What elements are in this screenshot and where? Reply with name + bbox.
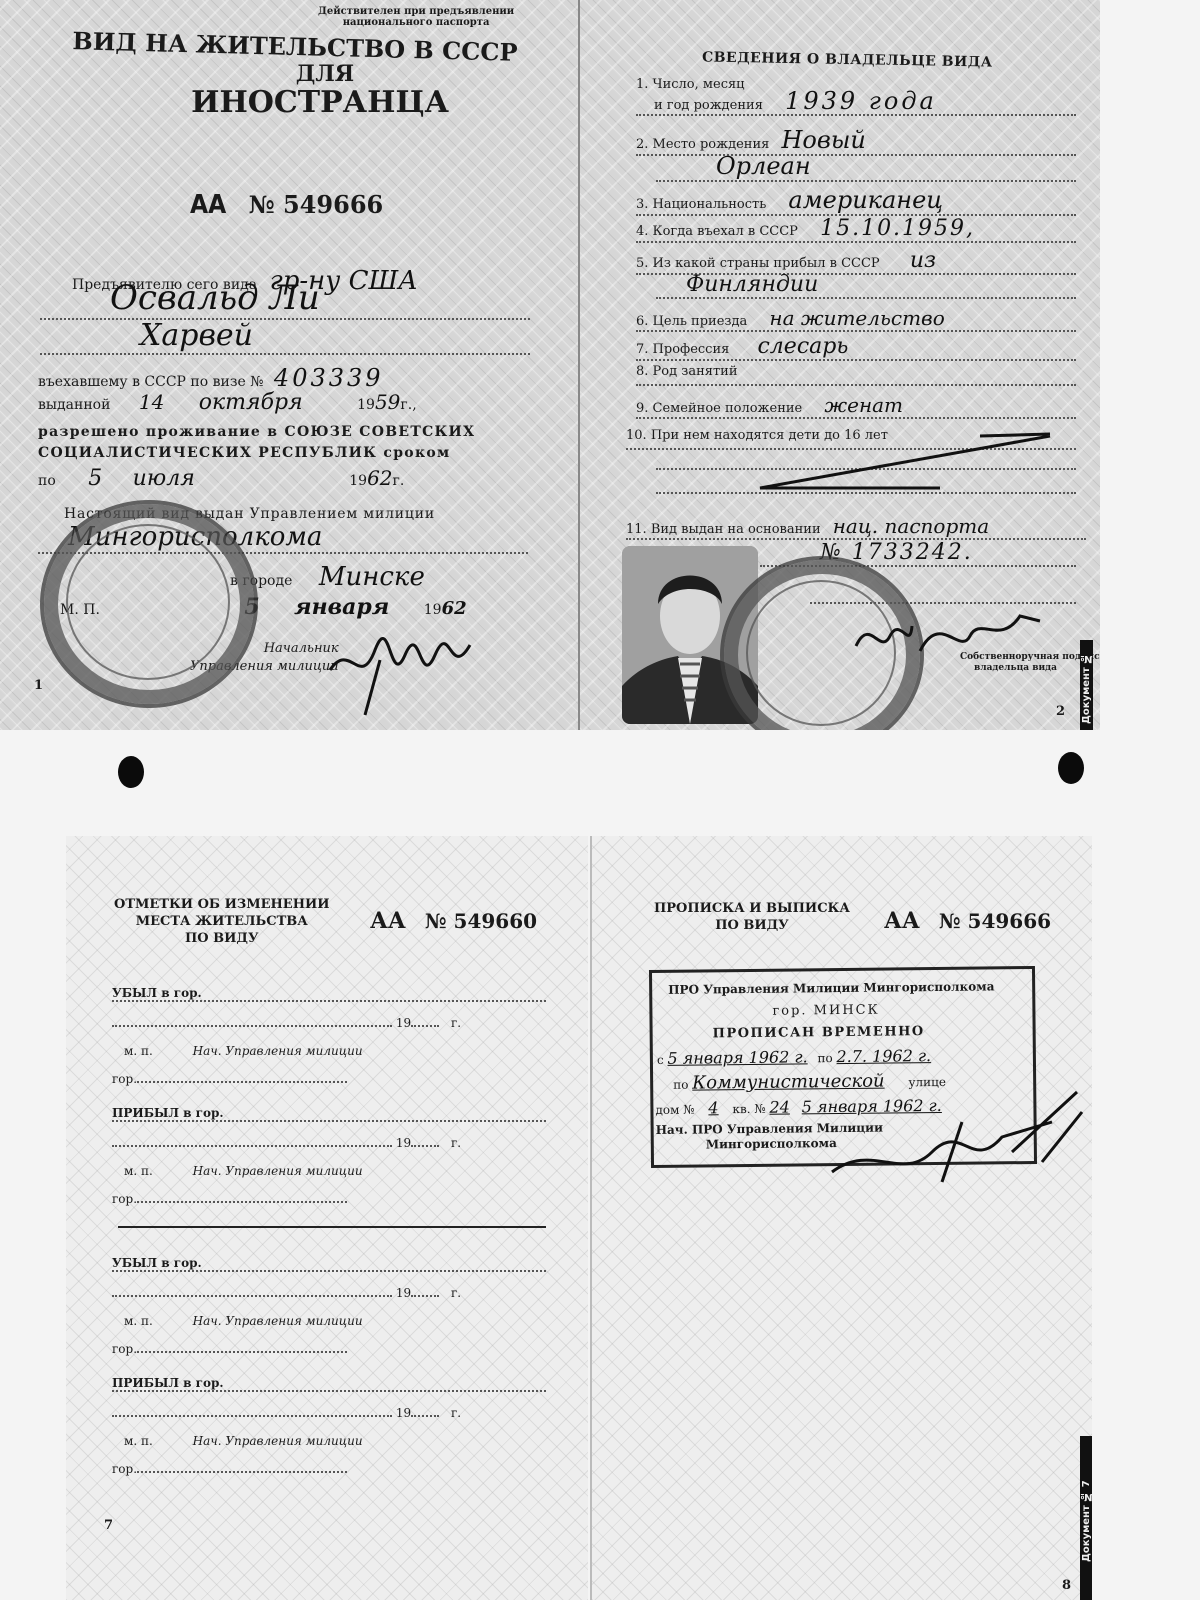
movement-title-label: ПРИБЫЛ в гор. bbox=[112, 1106, 224, 1120]
field-9-label: Семейное положение bbox=[653, 401, 803, 416]
movement-block-title: ПРИБЫЛ в гор. bbox=[112, 1376, 546, 1392]
field-5-label: Из какой страны прибыл в СССР bbox=[653, 256, 880, 271]
visa-issued-month: октября bbox=[199, 390, 303, 415]
movement-date-row: 19 г. bbox=[112, 1136, 492, 1150]
stamp-apt-label: кв. № bbox=[732, 1102, 765, 1116]
date-blank bbox=[112, 1025, 392, 1027]
registration-heading: ПРОПИСКА И ВЫПИСКА ПО ВИДУ bbox=[654, 900, 850, 934]
movement-chief-row: м. п. Нач. Управления милиции bbox=[124, 1434, 363, 1448]
field-8-label: Род занятий bbox=[653, 364, 738, 379]
validity-note-line2: национального паспорта bbox=[318, 17, 514, 28]
issue-date-year-suffix: 62 bbox=[442, 598, 467, 619]
stamp-to-label: по bbox=[817, 1051, 832, 1065]
residence-permit-page-8: ПРОПИСКА И ВЫПИСКА ПО ВИДУ АА № 549666 П… bbox=[590, 836, 1092, 1600]
document-side-label: Документ № bbox=[1080, 640, 1093, 730]
city-blank bbox=[137, 1471, 347, 1473]
movement-title-label: УБЫЛ в гор. bbox=[112, 1256, 202, 1270]
name-line1: Освальд Ли bbox=[40, 278, 530, 320]
field-8-num: 8. bbox=[636, 364, 648, 379]
city-blank bbox=[137, 1081, 347, 1083]
section-divider bbox=[118, 1226, 546, 1228]
year-suffix: г. bbox=[451, 1406, 461, 1420]
field-2-value2: Орлеан bbox=[656, 152, 1076, 182]
residence-permit-page-1: Действителен при предъявлении национальн… bbox=[0, 0, 588, 730]
seal-label: м. п. bbox=[124, 1044, 153, 1058]
police-seal-stamp bbox=[40, 500, 258, 708]
year-blank bbox=[411, 1025, 439, 1027]
field-10-num: 10. bbox=[626, 428, 647, 443]
stamp-to-value: 2.7. 1962 г. bbox=[836, 1046, 931, 1066]
number-sign: № bbox=[939, 909, 961, 933]
visa-number: 403339 bbox=[274, 364, 384, 392]
visa-row: въехавшему в СССР по визе № 403339 bbox=[38, 364, 528, 392]
field-5-value: из bbox=[910, 248, 936, 273]
movement-date-row: 19 г. bbox=[112, 1016, 492, 1030]
movement-date-row: 19 г. bbox=[112, 1286, 492, 1300]
visa-issued-row: выданной 14 октября 1959г., bbox=[38, 390, 528, 415]
field-occupation: 8. Род занятий bbox=[636, 364, 1076, 386]
heading-line2: ПО ВИДУ bbox=[654, 917, 850, 934]
stamp-house-label: дом № bbox=[655, 1103, 694, 1117]
number-value: 549660 bbox=[454, 909, 538, 933]
visa-issued-year-prefix: 19 bbox=[357, 397, 375, 413]
chief-label: Нач. Управления милиции bbox=[193, 1164, 363, 1178]
field-1-num: 1. bbox=[636, 77, 648, 92]
movement-city-row: гор. bbox=[112, 1192, 347, 1206]
owner-info-heading: СВЕДЕНИЯ О ВЛАДЕЛЬЦЕ ВИДА bbox=[702, 49, 993, 70]
city-label: гор. bbox=[112, 1072, 137, 1086]
field-7-value: слесарь bbox=[757, 334, 848, 359]
document-title: ВИД НА ЖИТЕЛЬСТВО В СССР ДЛЯ ИНОСТРАНЦА bbox=[70, 32, 520, 120]
series: АА bbox=[190, 190, 226, 220]
field-marital-status: 9. Семейное положение женат bbox=[636, 393, 1076, 419]
signature-caption-line2: владельца вида bbox=[960, 663, 1100, 674]
field-1-value: 1939 года bbox=[785, 87, 937, 115]
field-purpose: 6. Цель приезда на жительство bbox=[636, 306, 1076, 332]
page-number: 8 bbox=[1062, 1578, 1071, 1593]
stamp-street-label: по bbox=[673, 1078, 688, 1092]
permission-line1: разрешено проживание в СОЮЗЕ СОВЕТСКИХ bbox=[38, 424, 475, 440]
stamp-line2: гор. МИНСК bbox=[772, 1003, 879, 1019]
field-3-value: американец bbox=[788, 186, 943, 214]
signature-caption: Собственноручная подпись владельца вида bbox=[960, 652, 1100, 674]
number-sign: № bbox=[425, 909, 447, 933]
registration-signature-icon bbox=[812, 1082, 1092, 1192]
field-6-num: 6. bbox=[636, 314, 648, 329]
movement-title-label: ПРИБЫЛ в гор. bbox=[112, 1376, 224, 1390]
movement-block-title: УБЫЛ в гор. bbox=[112, 986, 546, 1002]
stamp-from-label: с bbox=[657, 1053, 664, 1067]
visa-issued-year-suffix: 59 bbox=[375, 390, 400, 414]
city-row: в городе Минске bbox=[230, 562, 425, 592]
validity-note: Действителен при предъявлении национальн… bbox=[318, 6, 514, 28]
heading-line1: ОТМЕТКИ ОБ ИЗМЕНЕНИИ bbox=[114, 896, 330, 913]
visa-issued-label: выданной bbox=[38, 397, 110, 413]
chief-label: Нач. Управления милиции bbox=[193, 1314, 363, 1328]
page-number: 1 bbox=[34, 678, 43, 693]
stamp-apt-value: 24 bbox=[769, 1098, 790, 1117]
chief-label: Нач. Управления милиции bbox=[193, 1044, 363, 1058]
number-value: 549666 bbox=[283, 190, 383, 219]
date-blank bbox=[112, 1295, 392, 1297]
field-entry-date: 4. Когда въехал в СССР 15.10.1959, bbox=[636, 216, 1076, 243]
field-7-label: Профессия bbox=[653, 342, 730, 357]
field-5-num: 5. bbox=[636, 256, 648, 271]
movement-chief-row: м. п. Нач. Управления милиции bbox=[124, 1164, 363, 1178]
name-line2: Харвей bbox=[40, 318, 530, 355]
movement-city-row: гор. bbox=[112, 1342, 347, 1356]
year-blank bbox=[411, 1145, 439, 1147]
heading-line1: ПРОПИСКА И ВЫПИСКА bbox=[654, 900, 850, 917]
until-year-prefix: 19 bbox=[349, 473, 367, 489]
field-11-label: Вид выдан на основании bbox=[651, 522, 821, 537]
visa-issued-suffix: г., bbox=[400, 397, 416, 413]
field-origin-country: 5. Из какой страны прибыл в СССР из bbox=[636, 248, 1076, 275]
stamp-from-value: 5 января 1962 г. bbox=[667, 1047, 807, 1067]
chief-label: Нач. Управления милиции bbox=[193, 1434, 363, 1448]
movement-block-title: УБЫЛ в гор. bbox=[112, 1256, 546, 1272]
field-birth-date: 1. Число, месяц и год рождения 1939 года bbox=[636, 76, 1076, 116]
heading-line2: МЕСТА ЖИТЕЛЬСТВА bbox=[114, 913, 330, 930]
punch-hole-left bbox=[118, 756, 144, 788]
field-11-num: 11. bbox=[626, 522, 647, 537]
field-3-num: 3. bbox=[636, 197, 648, 212]
field-4-label: Когда въехал в СССР bbox=[653, 224, 798, 239]
signature-caption-line1: Собственноручная подпись bbox=[960, 652, 1100, 663]
field-profession: 7. Профессия слесарь bbox=[636, 334, 1076, 361]
police-seal-inner-ring bbox=[66, 524, 230, 680]
movement-title-label: УБЫЛ в гор. bbox=[112, 986, 202, 1000]
until-month: июля bbox=[133, 466, 195, 491]
field-2-num: 2. bbox=[636, 137, 648, 152]
title-line3: ИНОСТРАНЦА bbox=[120, 85, 520, 120]
movement-date-row: 19 г. bbox=[112, 1406, 492, 1420]
series: АА bbox=[370, 908, 406, 934]
field-2-label: Место рождения bbox=[653, 137, 770, 152]
punch-hole-right bbox=[1058, 752, 1084, 784]
year-label: 19 bbox=[396, 1016, 411, 1030]
until-day: 5 bbox=[88, 466, 102, 491]
year-label: 19 bbox=[396, 1136, 411, 1150]
stamp-from-row: с 5 января 1962 г. по 2.7. 1962 г. bbox=[657, 1046, 931, 1068]
field-7-num: 7. bbox=[636, 342, 648, 357]
until-row: по 5 июля 1962г. bbox=[38, 466, 528, 491]
residence-permit-page-7: ОТМЕТКИ ОБ ИЗМЕНЕНИИ МЕСТА ЖИТЕЛЬСТВА ПО… bbox=[66, 836, 588, 1600]
field-2-value: Новый bbox=[781, 126, 865, 154]
field-issued-basis: 11. Вид выдан на основании нац. паспорта bbox=[626, 514, 1086, 540]
heading-line3: ПО ВИДУ bbox=[114, 930, 330, 947]
number-value: 549666 bbox=[968, 909, 1052, 933]
seal-label: м. п. bbox=[124, 1314, 153, 1328]
field-10-strike-icon bbox=[750, 426, 1070, 496]
year-suffix: г. bbox=[451, 1136, 461, 1150]
year-blank bbox=[411, 1295, 439, 1297]
number-sign: № bbox=[249, 190, 275, 219]
change-marks-heading: ОТМЕТКИ ОБ ИЗМЕНЕНИИ МЕСТА ЖИТЕЛЬСТВА ПО… bbox=[114, 896, 330, 947]
date-blank bbox=[112, 1415, 392, 1417]
field-4-num: 4. bbox=[636, 224, 648, 239]
until-suffix: г. bbox=[393, 473, 405, 489]
movement-chief-row: м. п. Нач. Управления милиции bbox=[124, 1044, 363, 1058]
movement-chief-row: м. п. Нач. Управления милиции bbox=[124, 1314, 363, 1328]
issue-date-month: января bbox=[294, 594, 389, 620]
field-6-label: Цель приезда bbox=[653, 314, 748, 329]
page-number: 2 bbox=[1056, 704, 1065, 719]
document-side-label: Документ № 7 bbox=[1080, 1436, 1092, 1600]
year-label: 19 bbox=[396, 1406, 411, 1420]
field-1-label: Число, месяц bbox=[653, 77, 745, 92]
movement-block-title: ПРИБЫЛ в гор. bbox=[112, 1106, 546, 1122]
series: АА bbox=[884, 908, 920, 934]
document-number: АА № 549666 bbox=[190, 190, 383, 220]
document-number: АА № 549666 bbox=[884, 908, 1051, 934]
field-1-label2: и год рождения bbox=[654, 98, 763, 113]
permission-line2: СОЦИАЛИСТИЧЕСКИХ РЕСПУБЛИК сроком bbox=[38, 445, 450, 461]
until-year-suffix: 62 bbox=[367, 466, 392, 490]
field-3-label: Национальность bbox=[653, 197, 767, 212]
year-label: 19 bbox=[396, 1286, 411, 1300]
chief-signature-icon bbox=[320, 620, 490, 720]
page-number: 7 bbox=[104, 1518, 113, 1533]
date-blank bbox=[112, 1145, 392, 1147]
residence-permit-page-2: СВЕДЕНИЯ О ВЛАДЕЛЬЦЕ ВИДА 1. Число, меся… bbox=[578, 0, 1100, 730]
visa-label: въехавшему в СССР по визе № bbox=[38, 374, 263, 390]
city-label: гор. bbox=[112, 1462, 137, 1476]
field-9-value: женат bbox=[824, 393, 903, 417]
seal-label: м. п. bbox=[124, 1434, 153, 1448]
city-label: гор. bbox=[112, 1342, 137, 1356]
until-label: по bbox=[38, 473, 56, 489]
validity-note-line1: Действителен при предъявлении bbox=[318, 6, 514, 17]
stamp-line3: ПРОПИСАН ВРЕМЕННО bbox=[713, 1024, 925, 1041]
field-9-num: 9. bbox=[636, 401, 648, 416]
seal-label: м. п. bbox=[124, 1164, 153, 1178]
visa-issued-day: 14 bbox=[139, 390, 164, 414]
year-blank bbox=[411, 1415, 439, 1417]
field-5-value2: Финляндии bbox=[656, 272, 1076, 299]
year-suffix: г. bbox=[451, 1016, 461, 1030]
movement-city-row: гор. bbox=[112, 1462, 347, 1476]
city-blank bbox=[137, 1201, 347, 1203]
city-blank bbox=[137, 1351, 347, 1353]
stamp-line1: ПРО Управления Милиции Мингорисполкома bbox=[668, 979, 994, 996]
stamp-house-value: 4 bbox=[708, 1098, 718, 1117]
movement-city-row: гор. bbox=[112, 1072, 347, 1086]
field-11-value: нац. паспорта bbox=[833, 514, 989, 538]
issue-date-year-prefix: 19 bbox=[424, 602, 442, 618]
field-nationality: 3. Национальность американец bbox=[636, 186, 1076, 216]
city-value: Минске bbox=[319, 562, 425, 592]
document-number: АА № 549660 bbox=[370, 908, 537, 934]
field-4-value: 15.10.1959, bbox=[820, 216, 975, 241]
field-6-value: на жительство bbox=[769, 306, 944, 330]
year-suffix: г. bbox=[451, 1286, 461, 1300]
city-label: гор. bbox=[112, 1192, 137, 1206]
